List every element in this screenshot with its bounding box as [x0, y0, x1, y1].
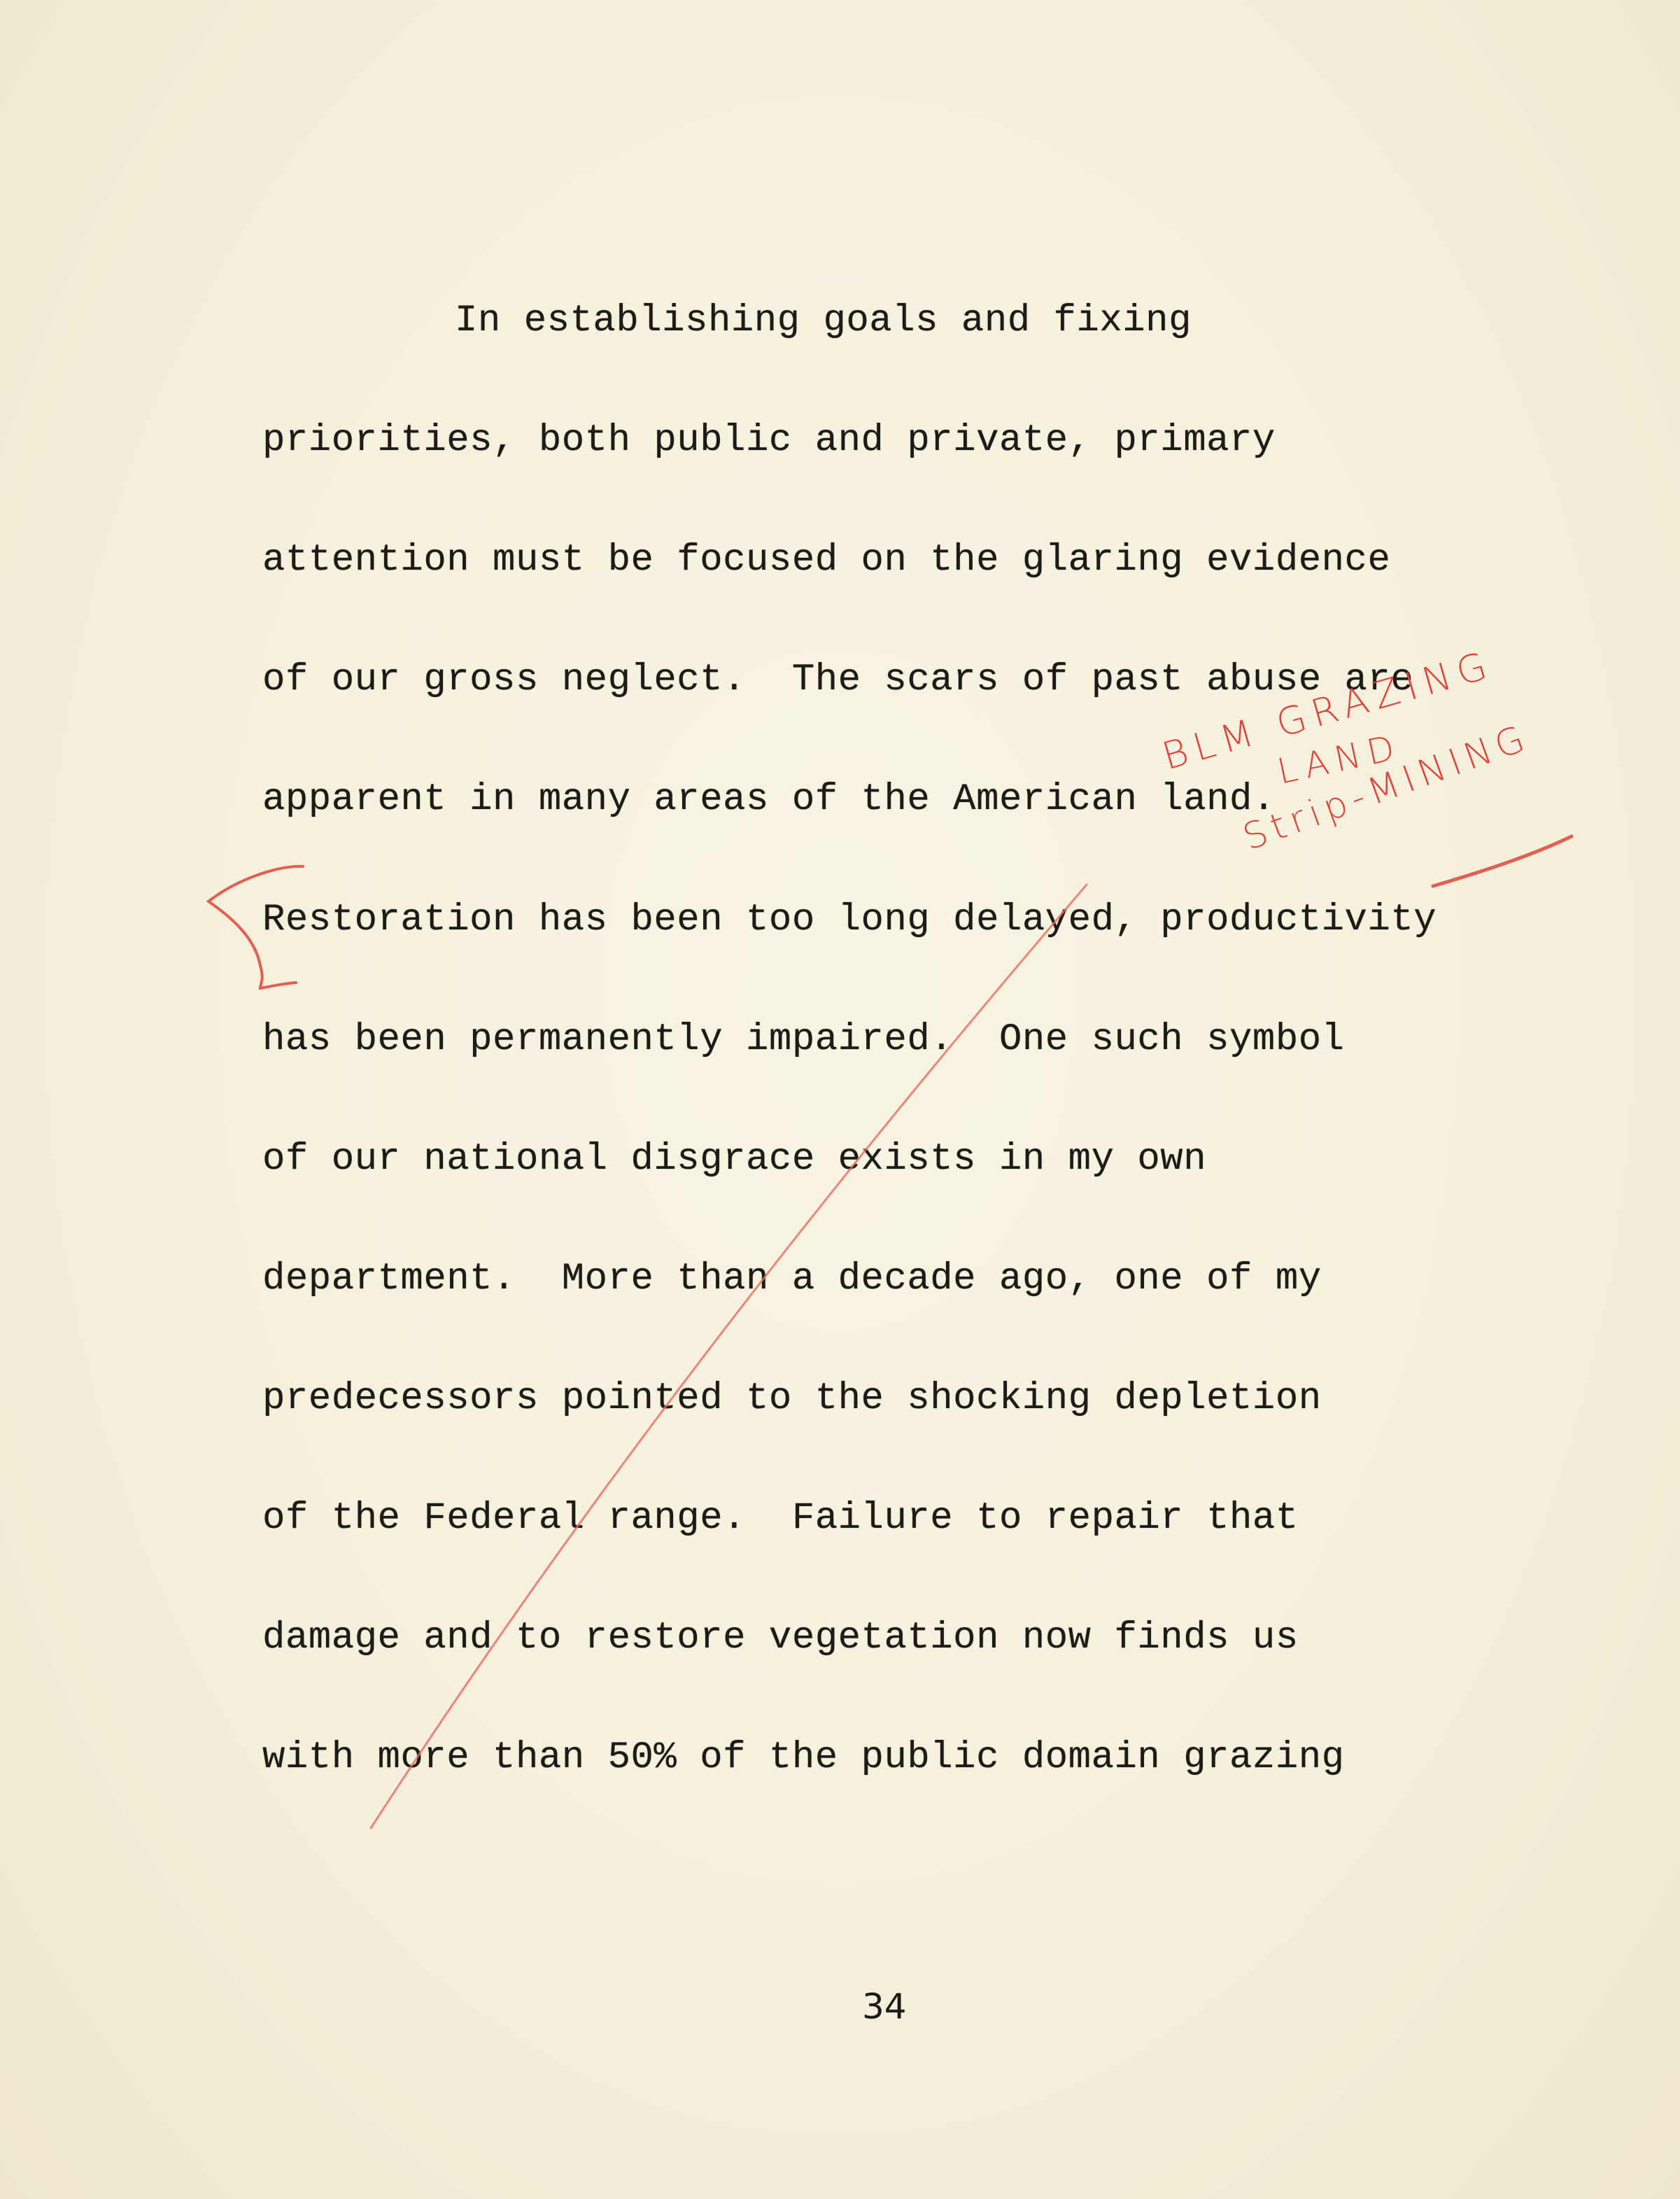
text-line: In establishing goals and fixing — [455, 302, 1192, 340]
text-line: has been permanently impaired. One such … — [262, 1021, 1345, 1059]
text-line: priorities, both public and private, pri… — [262, 422, 1276, 460]
text-line: of the Federal range. Failure to repair … — [262, 1500, 1299, 1538]
text-line: department. More than a decade ago, one … — [262, 1260, 1322, 1298]
text-line: of our national disgrace exists in my ow… — [262, 1141, 1206, 1179]
text-line: apparent in many areas of the American l… — [262, 781, 1276, 819]
margin-note-line2: LAND — [1273, 726, 1404, 792]
text-line: damage and to restore vegetation now fin… — [262, 1620, 1299, 1657]
text-line: predecessors pointed to the shocking dep… — [262, 1380, 1322, 1418]
text-line: with more than 50% of the public domain … — [262, 1739, 1345, 1777]
text-line: attention must be focused on the glaring… — [262, 542, 1390, 579]
document-page: In establishing goals and fixing priorit… — [0, 0, 1680, 2199]
page-number: 34 — [862, 1986, 907, 2027]
text-line: of our gross neglect. The scars of past … — [262, 661, 1413, 699]
text-line: Restoration has been too long delayed, p… — [262, 901, 1437, 939]
margin-note-line3: Strip-MINING — [1238, 717, 1535, 859]
underline-stroke — [1433, 836, 1572, 886]
